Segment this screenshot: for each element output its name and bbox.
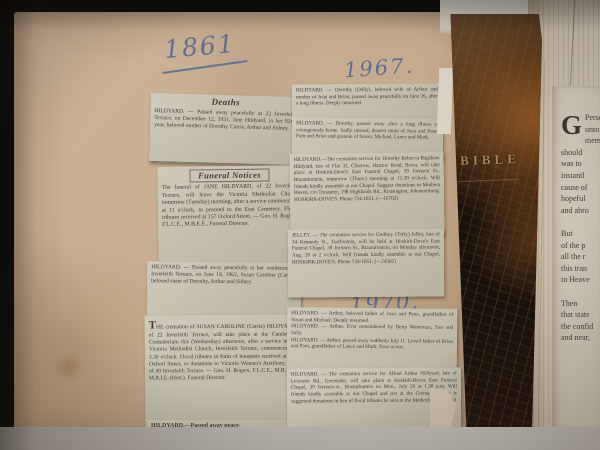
clipping-funeral-notices-body: The funeral of JANE HILDYARD, of 22 Inve… xyxy=(162,184,299,230)
funeral-notices-title: Funeral Notices xyxy=(189,169,270,183)
handwritten-date-1967: 1967. xyxy=(343,54,415,83)
clipping-deaths-body: HILDYARD. — Passed away peacefully at 22… xyxy=(154,108,297,133)
clipping-funeral-notices-header: Funeral Notices xyxy=(161,168,297,183)
clipping-jelley-cremation-body: JELLEY. — The cremation service for Godf… xyxy=(292,231,440,265)
clipping-dolly-death-body: HILDYARD. — Dorothy (Dolly), beloved wif… xyxy=(296,87,438,108)
clipping-carrie-cremation: THE cremation of SUSAN CAROLINE (Carrie)… xyxy=(145,314,302,429)
printed-book-text: G Person unto e memory should was to ins… xyxy=(561,112,600,344)
torn-paper-fragment xyxy=(437,68,453,134)
clipping-carrie-death: HILDYARD. — Passed away peacefully at he… xyxy=(147,261,302,323)
scrapbook-photo: 1861 1967. 1970. Deaths HILDYARD. — Pass… xyxy=(0,0,600,450)
clipping-funeral-notices: Funeral Notices The funeral of JANE HILD… xyxy=(157,165,302,269)
clipping-arthur-notices: HILDYARD. — Arthur, beloved father of Jo… xyxy=(287,307,458,375)
printed-book-page: G Person unto e memory should was to ins… xyxy=(552,86,600,432)
clipping-dorothy-cremation: HILDYARD.—The cremation service for Doro… xyxy=(289,152,444,237)
spine-gold-rule xyxy=(459,179,519,182)
clipping-jelley-cremation: JELLEY. — The cremation service for Godf… xyxy=(288,228,444,297)
clipping-deaths: Deaths HILDYARD. — Passed away peacefull… xyxy=(149,93,301,166)
table-surface xyxy=(0,427,600,450)
clipping-carrie-death-body: HILDYARD. — Passed away peacefully at he… xyxy=(151,264,297,287)
clipping-dorothy-memoriam-body: HILDYARD. — Dorothy, passed away after a… xyxy=(296,120,439,141)
clipping-dorothy-cremation-body: HILDYARD.—The cremation service for Doro… xyxy=(294,155,441,203)
clipping-arthur-notices-body: HILDYARD. — Arthur, beloved father of Jo… xyxy=(291,310,453,352)
drop-cap-g: G xyxy=(561,114,582,137)
printed-book-lines: Person unto e memory should was to insta… xyxy=(561,113,600,342)
handwritten-date-1861: 1861 xyxy=(163,29,237,64)
clipping-carrie-cremation-body: THE cremation of SUSAN CAROLINE (Carrie)… xyxy=(149,317,297,382)
